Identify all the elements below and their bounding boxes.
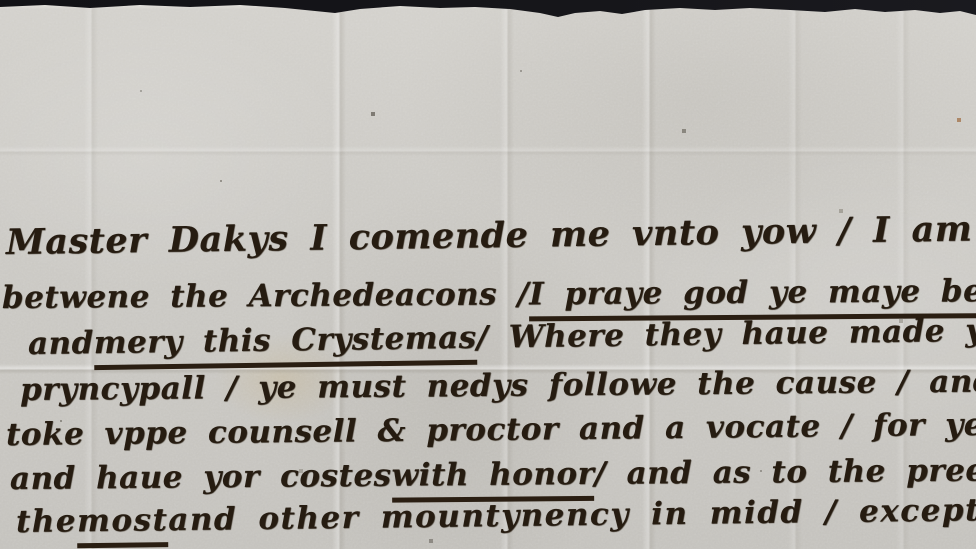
text-segment: the bbox=[16, 503, 78, 540]
text-segment: and haue yor costes bbox=[10, 458, 392, 497]
photo-background: Master Dakys I comende me vnto yow / I a… bbox=[0, 0, 976, 549]
underlined-phrase: mery this Crystemas bbox=[93, 320, 476, 370]
underlined-phrase: with honor bbox=[391, 456, 594, 503]
manuscript-paper: Master Dakys I comende me vnto yow / I a… bbox=[0, 0, 976, 549]
manuscript-line: pryncypall / ye must nedys followe the c… bbox=[20, 363, 976, 408]
text-segment: toke vppe counsell & proctor and a vocat… bbox=[6, 406, 976, 453]
text-segment: and bbox=[28, 325, 94, 362]
text-segment: Master Dakys I comende me vnto yow / I a… bbox=[6, 203, 976, 263]
manuscript-line: Master Dakys I comende me vnto yow / I a… bbox=[6, 203, 976, 263]
text-segment: / and as to the preest of bbox=[594, 452, 976, 492]
text-segment: betwene the Archedeacons / bbox=[2, 276, 529, 316]
manuscript-text: Master Dakys I comende me vnto yow / I a… bbox=[0, 0, 976, 549]
manuscript-line: toke vppe counsell & proctor and a vocat… bbox=[6, 406, 976, 453]
text-segment: / Where they haue made yow bbox=[476, 312, 976, 356]
underlined-phrase: most bbox=[77, 502, 169, 548]
paper-specks bbox=[0, 0, 2, 2]
text-segment: pryncypall / ye must nedys followe the c… bbox=[20, 363, 976, 408]
